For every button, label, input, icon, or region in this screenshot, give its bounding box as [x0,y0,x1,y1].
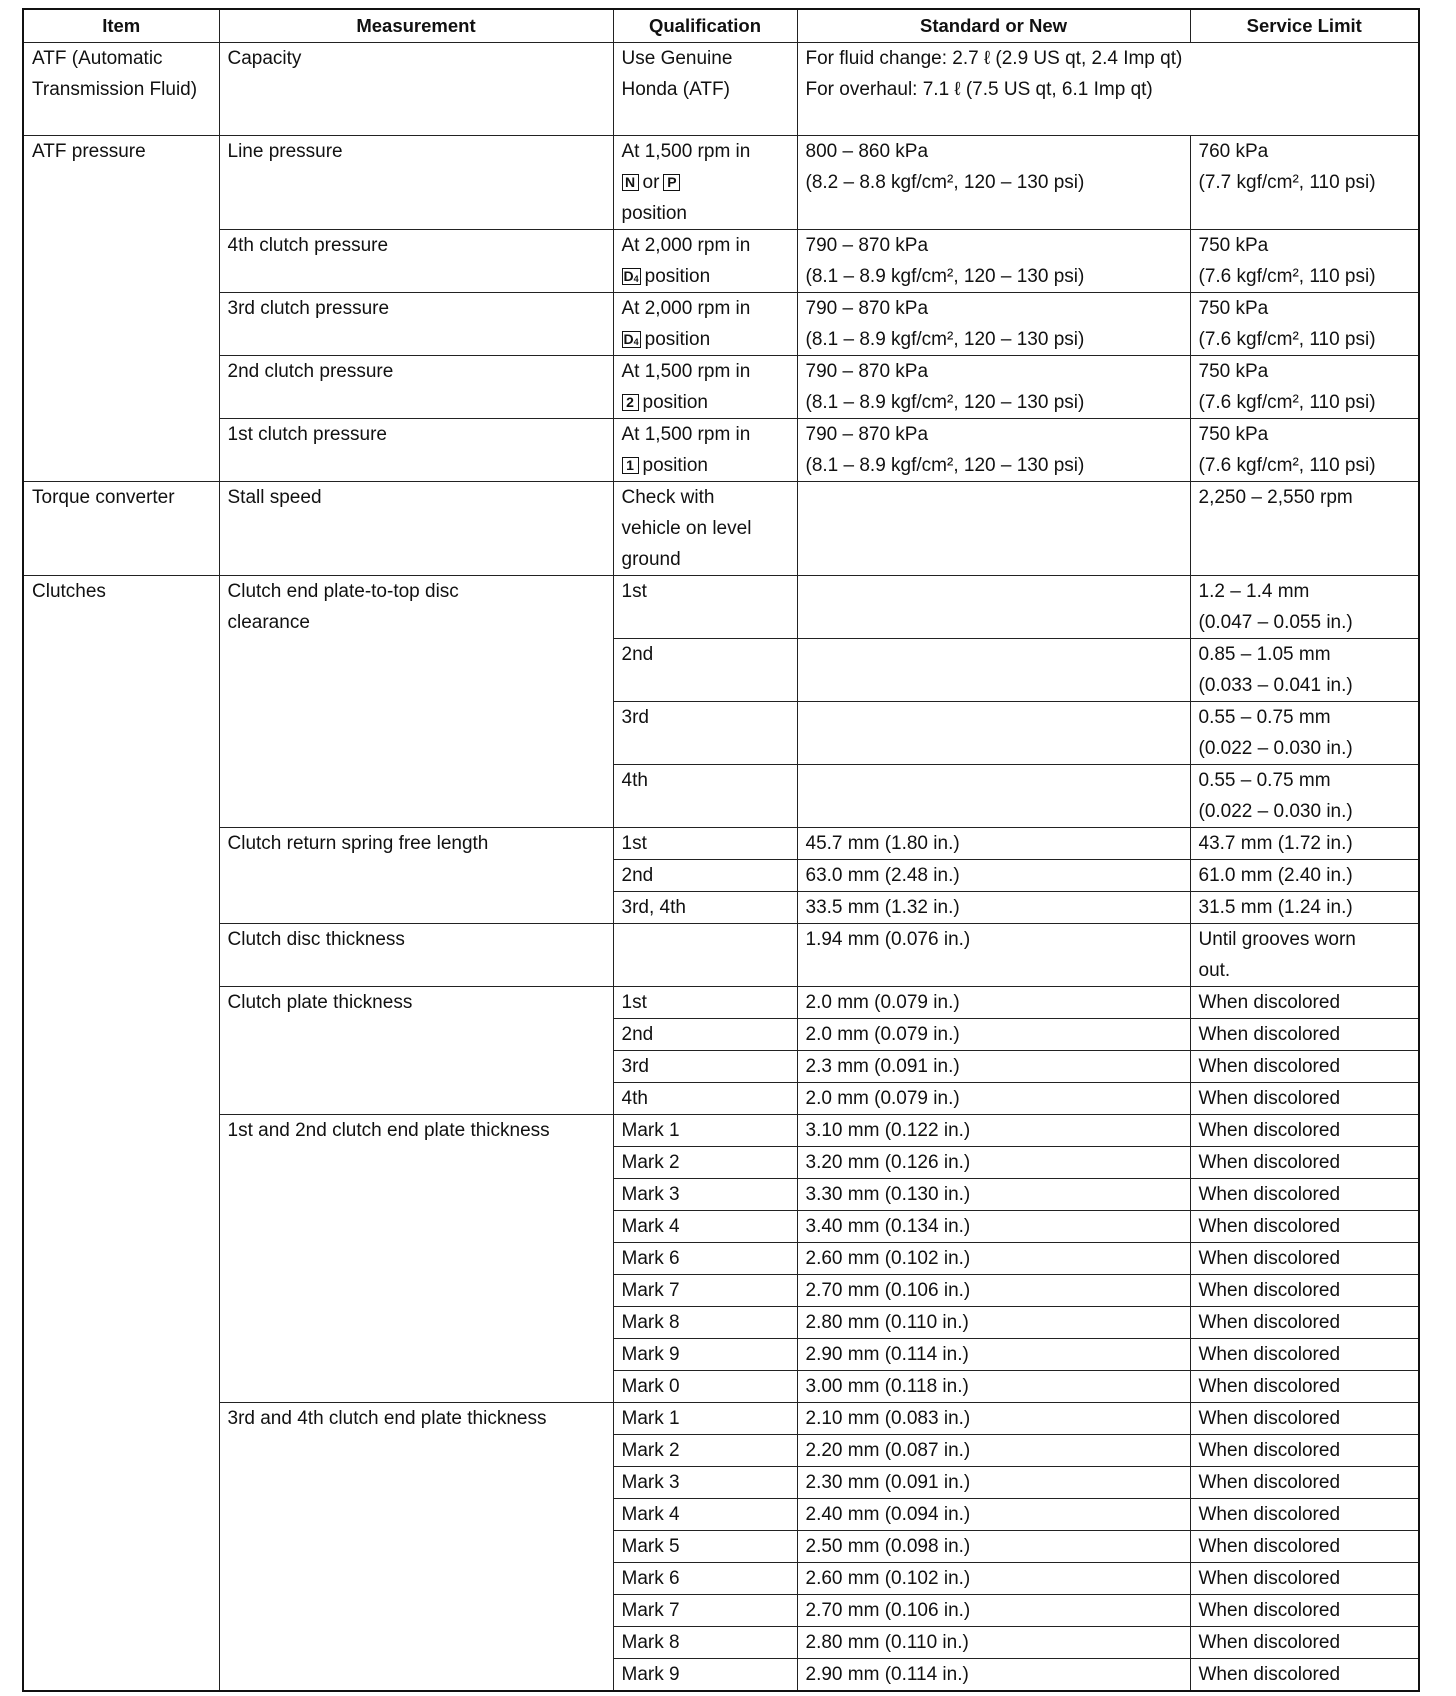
qualification-cell [613,924,797,987]
table-row: 1st clutch pressureAt 1,500 rpm in1posit… [23,419,1419,482]
qual-prefix: At 2,000 rpm in [622,230,789,261]
standard-cell: 33.5 mm (1.32 in.) [797,892,1190,924]
text-line: When discolored [1199,1435,1411,1466]
text-line: 790 – 870 kPa [806,230,1182,261]
item-clutches: Clutches [23,576,219,1692]
capacity-fluid-change: For fluid change: 2.7 ℓ (2.9 US qt, 2.4 … [806,43,1411,74]
measurement-cell: 1st and 2nd clutch end plate thickness [219,1115,613,1403]
measurement-cell: Stall speed [219,482,613,576]
text-line: 43.7 mm (1.72 in.) [1199,828,1411,859]
text-line: 1.2 – 1.4 mm [1199,576,1411,607]
service-limit-cell: 2,250 – 2,550 rpm [1190,482,1419,576]
text-line: When discolored [1199,1115,1411,1146]
qualification-cell: At 1,500 rpm in2position [613,356,797,419]
text-line: (8.1 – 8.9 kgf/cm², 120 – 130 psi) [806,450,1182,481]
text-line: When discolored [1199,1531,1411,1562]
service-limit-cell: When discolored [1190,1595,1419,1627]
standard-cell: 2.70 mm (0.106 in.) [797,1275,1190,1307]
text-line: When discolored [1199,1275,1411,1306]
qualification-cell: Mark 6 [613,1563,797,1595]
qualification-cell: Mark 2 [613,1147,797,1179]
service-limit-cell: 43.7 mm (1.72 in.) [1190,828,1419,860]
service-limit-cell: When discolored [1190,1627,1419,1659]
gear-n-icon: N [622,174,639,191]
qualification-cell: Mark 7 [613,1275,797,1307]
text-line: When discolored [1199,1563,1411,1594]
text-line: (7.6 kgf/cm², 110 psi) [1199,450,1411,481]
service-limit-cell: When discolored [1190,1275,1419,1307]
qual-prefix: At 1,500 rpm in [622,419,789,450]
header-measurement: Measurement [219,9,613,43]
qualification-cell: Mark 3 [613,1467,797,1499]
gear-p-icon: P [663,174,680,191]
text-line: out. [1199,955,1411,986]
text-line: When discolored [1199,1307,1411,1338]
qualification-cell: Mark 9 [613,1659,797,1692]
qual-suffix: position [645,329,711,350]
qualification-cell: 3rd [613,1051,797,1083]
service-limit-cell: When discolored [1190,1307,1419,1339]
qualification-cell: Mark 1 [613,1115,797,1147]
standard-cell: 790 – 870 kPa(8.1 – 8.9 kgf/cm², 120 – 1… [797,230,1190,293]
standard-cell [797,765,1190,828]
text-line: When discolored [1199,1051,1411,1082]
table-row: Clutch plate thickness1st2.0 mm (0.079 i… [23,987,1419,1019]
qualification-cell: At 1,500 rpm inNorPposition [613,136,797,230]
qualification-cell: Use Genuine Honda (ATF) [613,43,797,136]
table-row: 3rd clutch pressureAt 2,000 rpm inD4posi… [23,293,1419,356]
text-line: (7.6 kgf/cm², 110 psi) [1199,387,1411,418]
standard-cell [797,702,1190,765]
table-row: 3rd and 4th clutch end plate thicknessMa… [23,1403,1419,1435]
text-line: 0.55 – 0.75 mm [1199,702,1411,733]
standard-cell: 1.94 mm (0.076 in.) [797,924,1190,987]
service-limit-cell: Until grooves wornout. [1190,924,1419,987]
table-row: ATF (Automatic Transmission Fluid) Capac… [23,43,1419,136]
service-limit-cell: 0.55 – 0.75 mm(0.022 – 0.030 in.) [1190,702,1419,765]
text-line: (8.1 – 8.9 kgf/cm², 120 – 130 psi) [806,324,1182,355]
header-item: Item [23,9,219,43]
header-row: Item Measurement Qualification Standard … [23,9,1419,43]
standard-cell: 2.0 mm (0.079 in.) [797,987,1190,1019]
qualification-cell: 4th [613,765,797,828]
text-line: 61.0 mm (2.40 in.) [1199,860,1411,891]
measurement-cell: 4th clutch pressure [219,230,613,293]
text-line: (8.2 – 8.8 kgf/cm², 120 – 130 psi) [806,167,1182,198]
measurement-cell: Line pressure [219,136,613,230]
text-line: (0.047 – 0.055 in.) [1199,607,1411,638]
measurement-cell: Clutch return spring free length [219,828,613,924]
service-limit-cell: When discolored [1190,1211,1419,1243]
text-line: 760 kPa [1199,136,1411,167]
text-line: When discolored [1199,1019,1411,1050]
text-line: When discolored [1199,1659,1411,1690]
qualification-cell: Mark 3 [613,1179,797,1211]
table-row: 1st and 2nd clutch end plate thicknessMa… [23,1115,1419,1147]
service-limit-cell: When discolored [1190,1179,1419,1211]
text-line: When discolored [1199,1371,1411,1402]
text-line: When discolored [1199,1627,1411,1658]
standard-cell: 2.30 mm (0.091 in.) [797,1467,1190,1499]
standard-cell: 2.60 mm (0.102 in.) [797,1243,1190,1275]
item-torque-converter: Torque converter [23,482,219,576]
text-line: (0.022 – 0.030 in.) [1199,733,1411,764]
service-limit-cell: When discolored [1190,1147,1419,1179]
standard-cell: 2.80 mm (0.110 in.) [797,1627,1190,1659]
measurement-cell: 3rd and 4th clutch end plate thickness [219,1403,613,1692]
standard-cell: 2.50 mm (0.098 in.) [797,1531,1190,1563]
table-row: Clutch return spring free length1st45.7 … [23,828,1419,860]
gear-2-icon: 2 [622,394,639,411]
text-line: 750 kPa [1199,356,1411,387]
service-limit-cell: 31.5 mm (1.24 in.) [1190,892,1419,924]
service-limit-cell: When discolored [1190,1531,1419,1563]
qual-suffix: position [622,198,789,229]
qualification-cell: Mark 8 [613,1307,797,1339]
qualification-cell: 2nd [613,1019,797,1051]
standard-cell: 2.3 mm (0.091 in.) [797,1051,1190,1083]
service-limit-cell: When discolored [1190,1243,1419,1275]
standard-cell: 790 – 870 kPa(8.1 – 8.9 kgf/cm², 120 – 1… [797,293,1190,356]
standard-cell: 3.40 mm (0.134 in.) [797,1211,1190,1243]
table-row: ClutchesClutch end plate-to-top disc cle… [23,576,1419,639]
gear-position-line: D4position [622,261,789,292]
service-limit-cell: When discolored [1190,1339,1419,1371]
qualification-cell: 1st [613,828,797,860]
standard-cell: 800 – 860 kPa(8.2 – 8.8 kgf/cm², 120 – 1… [797,136,1190,230]
text-line: (0.033 – 0.041 in.) [1199,670,1411,701]
standard-cell: 2.0 mm (0.079 in.) [797,1019,1190,1051]
header-standard: Standard or New [797,9,1190,43]
qualification-cell: Mark 8 [613,1627,797,1659]
standard-cell: 3.10 mm (0.122 in.) [797,1115,1190,1147]
service-limit-cell: 750 kPa(7.6 kgf/cm², 110 psi) [1190,419,1419,482]
qualification-cell: Mark 6 [613,1243,797,1275]
qualification-cell: 4th [613,1083,797,1115]
qual-suffix: position [643,392,709,413]
standard-cell: 3.30 mm (0.130 in.) [797,1179,1190,1211]
gear-position-line: 1position [622,450,789,481]
qualification-cell: 2nd [613,639,797,702]
service-limit-cell: When discolored [1190,1115,1419,1147]
standard-cell: 2.90 mm (0.114 in.) [797,1339,1190,1371]
standard-cell: 2.40 mm (0.094 in.) [797,1499,1190,1531]
qual-prefix: At 1,500 rpm in [622,356,789,387]
qual-suffix: position [645,266,711,287]
gear-d4-icon: D4 [622,268,641,285]
standard-cell: 2.10 mm (0.083 in.) [797,1403,1190,1435]
text-line: 790 – 870 kPa [806,293,1182,324]
service-limit-cell: When discolored [1190,1435,1419,1467]
qualification-cell: At 2,000 rpm inD4position [613,293,797,356]
service-limit-cell: When discolored [1190,1499,1419,1531]
standard-cell: 2.20 mm (0.087 in.) [797,1435,1190,1467]
text-line: 790 – 870 kPa [806,419,1182,450]
text-line: When discolored [1199,1243,1411,1274]
qualification-cell: 1st [613,987,797,1019]
qualification-cell: Mark 5 [613,1531,797,1563]
table-row: 4th clutch pressureAt 2,000 rpm inD4posi… [23,230,1419,293]
measurement-cell: Clutch disc thickness [219,924,613,987]
gear-position-line: 2position [622,387,789,418]
text-line: (7.6 kgf/cm², 110 psi) [1199,324,1411,355]
table-row: Torque converterStall speedCheck with ve… [23,482,1419,576]
text-line: When discolored [1199,1211,1411,1242]
qualification-cell: 2nd [613,860,797,892]
text-line: When discolored [1199,1403,1411,1434]
qualification-cell: 3rd, 4th [613,892,797,924]
service-limit-cell: 1.2 – 1.4 mm(0.047 – 0.055 in.) [1190,576,1419,639]
qualification-cell: Mark 2 [613,1435,797,1467]
measurement-cell: 2nd clutch pressure [219,356,613,419]
qualification-cell: Mark 1 [613,1403,797,1435]
qualification-cell: At 1,500 rpm in1position [613,419,797,482]
table-row: 2nd clutch pressureAt 1,500 rpm in2posit… [23,356,1419,419]
header-qualification: Qualification [613,9,797,43]
service-limit-cell: When discolored [1190,1371,1419,1403]
standard-cell: 63.0 mm (2.48 in.) [797,860,1190,892]
standard-cell [797,482,1190,576]
gear-position-line: D4position [622,324,789,355]
qual-prefix: At 2,000 rpm in [622,293,789,324]
text-line: Until grooves worn [1199,924,1411,955]
text-line: When discolored [1199,1339,1411,1370]
standard-cell: For fluid change: 2.7 ℓ (2.9 US qt, 2.4 … [797,43,1419,136]
service-limit-cell: 0.55 – 0.75 mm(0.022 – 0.030 in.) [1190,765,1419,828]
text-line: When discolored [1199,1083,1411,1114]
qualification-cell: Mark 9 [613,1339,797,1371]
qualification-cell: Mark 0 [613,1371,797,1403]
item-atf: ATF (Automatic Transmission Fluid) [23,43,219,136]
gear-d4-icon: D4 [622,331,641,348]
qualification-cell: Mark 4 [613,1499,797,1531]
service-limit-cell: 760 kPa(7.7 kgf/cm², 110 psi) [1190,136,1419,230]
gear-join: or [643,172,660,193]
measurement-cell: Clutch end plate-to-top disc clearance [219,576,613,828]
service-limit-cell: When discolored [1190,1563,1419,1595]
qual-suffix: position [643,455,709,476]
text-line: 0.85 – 1.05 mm [1199,639,1411,670]
item-atf-pressure: ATF pressure [23,136,219,482]
text-line: (7.6 kgf/cm², 110 psi) [1199,261,1411,292]
standard-cell [797,639,1190,702]
service-limit-cell: When discolored [1190,1019,1419,1051]
service-limit-cell: 750 kPa(7.6 kgf/cm², 110 psi) [1190,356,1419,419]
standard-cell: 3.20 mm (0.126 in.) [797,1147,1190,1179]
service-limit-cell: When discolored [1190,1051,1419,1083]
service-limit-cell: When discolored [1190,1467,1419,1499]
text-line: (8.1 – 8.9 kgf/cm², 120 – 130 psi) [806,387,1182,418]
text-line: When discolored [1199,1499,1411,1530]
standard-cell: 2.90 mm (0.114 in.) [797,1659,1190,1692]
service-limit-cell: When discolored [1190,1403,1419,1435]
standard-cell: 2.60 mm (0.102 in.) [797,1563,1190,1595]
service-limit-cell: When discolored [1190,1659,1419,1692]
standard-cell [797,576,1190,639]
text-line: When discolored [1199,1147,1411,1178]
service-limit-cell: When discolored [1190,987,1419,1019]
text-line: (0.022 – 0.030 in.) [1199,796,1411,827]
qualification-cell: Mark 4 [613,1211,797,1243]
standard-cell: 2.70 mm (0.106 in.) [797,1595,1190,1627]
service-limit-cell: When discolored [1190,1083,1419,1115]
header-service-limit: Service Limit [1190,9,1419,43]
text-line: 800 – 860 kPa [806,136,1182,167]
text-line: When discolored [1199,1467,1411,1498]
text-line: (8.1 – 8.9 kgf/cm², 120 – 130 psi) [806,261,1182,292]
specifications-table: Item Measurement Qualification Standard … [22,8,1420,1692]
standard-cell: 790 – 870 kPa(8.1 – 8.9 kgf/cm², 120 – 1… [797,419,1190,482]
text-line: 750 kPa [1199,419,1411,450]
text-line: 790 – 870 kPa [806,356,1182,387]
measurement-cell: 3rd clutch pressure [219,293,613,356]
qualification-cell: At 2,000 rpm inD4position [613,230,797,293]
capacity-overhaul: For overhaul: 7.1 ℓ (7.5 US qt, 6.1 Imp … [806,74,1411,105]
gear-1-icon: 1 [622,457,639,474]
service-limit-cell: 750 kPa(7.6 kgf/cm², 110 psi) [1190,293,1419,356]
qual-prefix: At 1,500 rpm in [622,136,789,167]
measurement-cell: 1st clutch pressure [219,419,613,482]
service-limit-cell: 61.0 mm (2.40 in.) [1190,860,1419,892]
standard-cell: 790 – 870 kPa(8.1 – 8.9 kgf/cm², 120 – 1… [797,356,1190,419]
measurement-cell: Clutch plate thickness [219,987,613,1115]
text-line: 0.55 – 0.75 mm [1199,765,1411,796]
qualification-cell: 1st [613,576,797,639]
text-line: When discolored [1199,1595,1411,1626]
standard-cell: 45.7 mm (1.80 in.) [797,828,1190,860]
text-line: When discolored [1199,1179,1411,1210]
table-row: ATF pressureLine pressureAt 1,500 rpm in… [23,136,1419,230]
table-row: Clutch disc thickness1.94 mm (0.076 in.)… [23,924,1419,987]
text-line: 31.5 mm (1.24 in.) [1199,892,1411,923]
standard-cell: 3.00 mm (0.118 in.) [797,1371,1190,1403]
text-line: (7.7 kgf/cm², 110 psi) [1199,167,1411,198]
service-limit-cell: 0.85 – 1.05 mm(0.033 – 0.041 in.) [1190,639,1419,702]
qualification-cell: Mark 7 [613,1595,797,1627]
text-line: 750 kPa [1199,230,1411,261]
standard-cell: 2.80 mm (0.110 in.) [797,1307,1190,1339]
qualification-cell: 3rd [613,702,797,765]
service-limit-cell: 750 kPa(7.6 kgf/cm², 110 psi) [1190,230,1419,293]
standard-cell: 2.0 mm (0.079 in.) [797,1083,1190,1115]
measurement-cell: Capacity [219,43,613,136]
text-line: When discolored [1199,987,1411,1018]
gear-position-line: NorP [622,167,789,198]
qualification-cell: Check with vehicle on level ground [613,482,797,576]
text-line: 750 kPa [1199,293,1411,324]
